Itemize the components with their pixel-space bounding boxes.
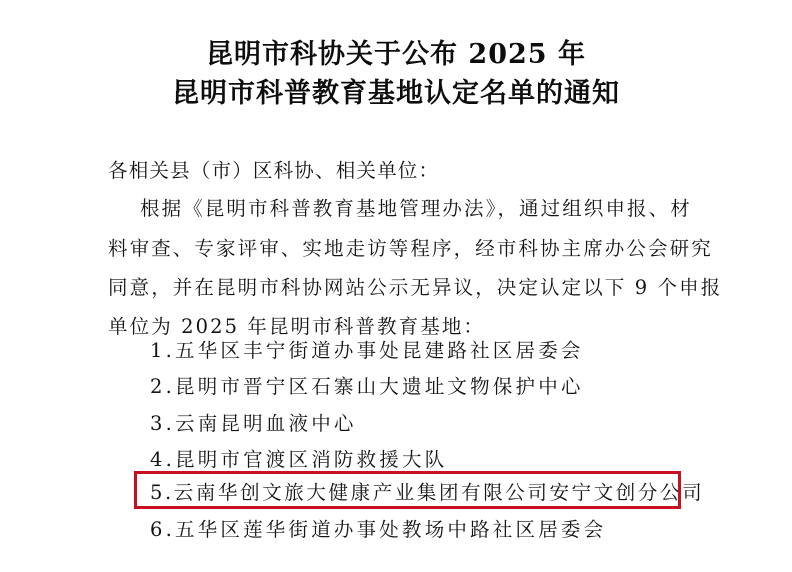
list-item: 6.五华区莲华街道办事处教场中路社区居委会: [150, 514, 606, 542]
document-title-line-1: 昆明市科协关于公布 2025 年: [0, 32, 792, 71]
body-line-1: 根据《昆明市科普教育基地管理办法》，通过组织申报、材: [140, 193, 692, 221]
list-item: 3.云南昆明血液中心: [150, 408, 357, 436]
document-title-line-2: 昆明市科普教育基地认定名单的通知: [0, 71, 792, 110]
red-highlight-box: [134, 471, 681, 509]
body-line-2: 料审查、专家评审、实地走访等程序，经市科协主席办公会研究: [108, 233, 713, 261]
body-line-3: 同意，并在昆明市科协网站公示无异议，决定认定以下 9 个申报: [108, 272, 722, 300]
list-item: 2.昆明市晋宁区石寨山大遗址文物保护中心: [150, 371, 584, 399]
salutation: 各相关县（市）区科协、相关单位：: [108, 155, 439, 183]
list-item: 4.昆明市官渡区消防救援大队: [150, 444, 447, 472]
list-item: 1.五华区丰宁街道办事处昆建路社区居委会: [150, 335, 584, 363]
